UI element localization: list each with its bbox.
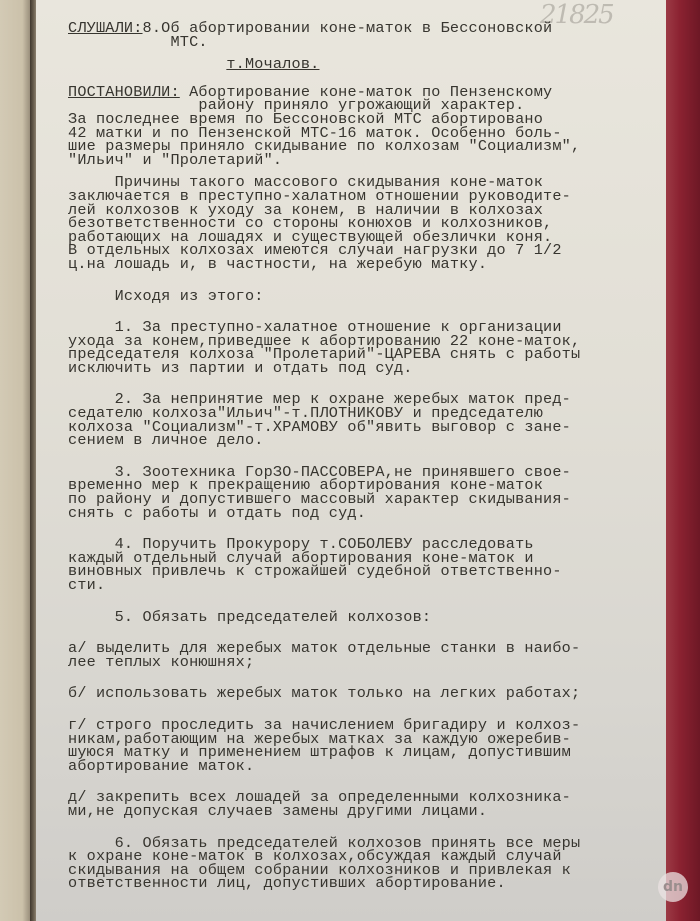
text-line: ответственности лиц, допустивших абортир… — [68, 877, 658, 891]
body-paragraph: Причины такого массового скидывания коне… — [68, 167, 658, 271]
text-line: исключить из партии и отдать под суд. — [68, 362, 658, 376]
text-line: лее теплых конюшнях; — [68, 656, 658, 670]
body-paragraphs: За последнее время по Бессоновской МТС а… — [68, 113, 658, 272]
typed-document: СЛУШАЛИ:8.Об абортировании коне-маток в … — [68, 22, 658, 891]
red-binding — [666, 0, 700, 921]
resolution-subitem: б/ использовать жеребых маток только на … — [68, 669, 658, 701]
resolution-item-4: 4. Поручить Прокурору т.СОБОЛЕВУ расслед… — [68, 520, 658, 592]
adjacent-page — [0, 0, 32, 921]
text-line: сти. — [68, 579, 658, 593]
body-paragraph: За последнее время по Бессоновской МТС а… — [68, 113, 658, 167]
text-line: ми,не допуская случаев замены другими ли… — [68, 805, 658, 819]
text-line: сением в личное дело. — [68, 434, 658, 448]
heard-topic-cont: МТС. — [68, 36, 658, 50]
heard-section: СЛУШАЛИ:8.Об абортировании коне-маток в … — [68, 22, 658, 72]
resolution-subitem: д/ закрепить всех лошадей за определенны… — [68, 773, 658, 818]
watermark-logo: dn — [658, 872, 688, 902]
resolution-subitem: а/ выделить для жеребых маток отдельные … — [68, 624, 658, 669]
resolution-item-6-text: 6. Обязать председателей колхозов принят… — [68, 837, 658, 891]
resolution-subitems: а/ выделить для жеребых маток отдельные … — [68, 624, 658, 818]
resolution-items: 1. За преступно-халатное отношение к орг… — [68, 303, 658, 624]
text-line: абортирование маток. — [68, 760, 658, 774]
text-line: 5. Обязать председателей колхозов: — [68, 611, 658, 625]
resolution-item-3: 3. Зоотехника ГорЗО-ПАССОВЕРА,не принявш… — [68, 448, 658, 520]
resolution-subitem: г/ строго проследить за начислением бриг… — [68, 701, 658, 773]
resolution-item-1: 1. За преступно-халатное отношение к орг… — [68, 303, 658, 375]
speaker: т.Мочалов. — [68, 58, 658, 72]
resolution-item-2: 2. За непринятие мер к охране жеребых ма… — [68, 375, 658, 447]
text-line: снять с работы и отдать под суд. — [68, 507, 658, 521]
preamble: Исходя из этого: — [68, 290, 658, 304]
resolution-item-5: 5. Обязать председателей колхозов: — [68, 593, 658, 625]
text-line: "Ильич" и "Пролетарий". — [68, 154, 658, 168]
text-line: б/ использовать жеребых маток только на … — [68, 687, 658, 701]
resolution-item-6: 6. Обязать председателей колхозов принят… — [68, 837, 658, 891]
text-line: виновных привлечь к строжайшей судебной … — [68, 565, 658, 579]
resolved-section: ПОСТАНОВИЛИ: Абортирование коне-маток по… — [68, 86, 658, 113]
text-line: ц.на лошадь и, в частности, на жеребую м… — [68, 258, 658, 272]
